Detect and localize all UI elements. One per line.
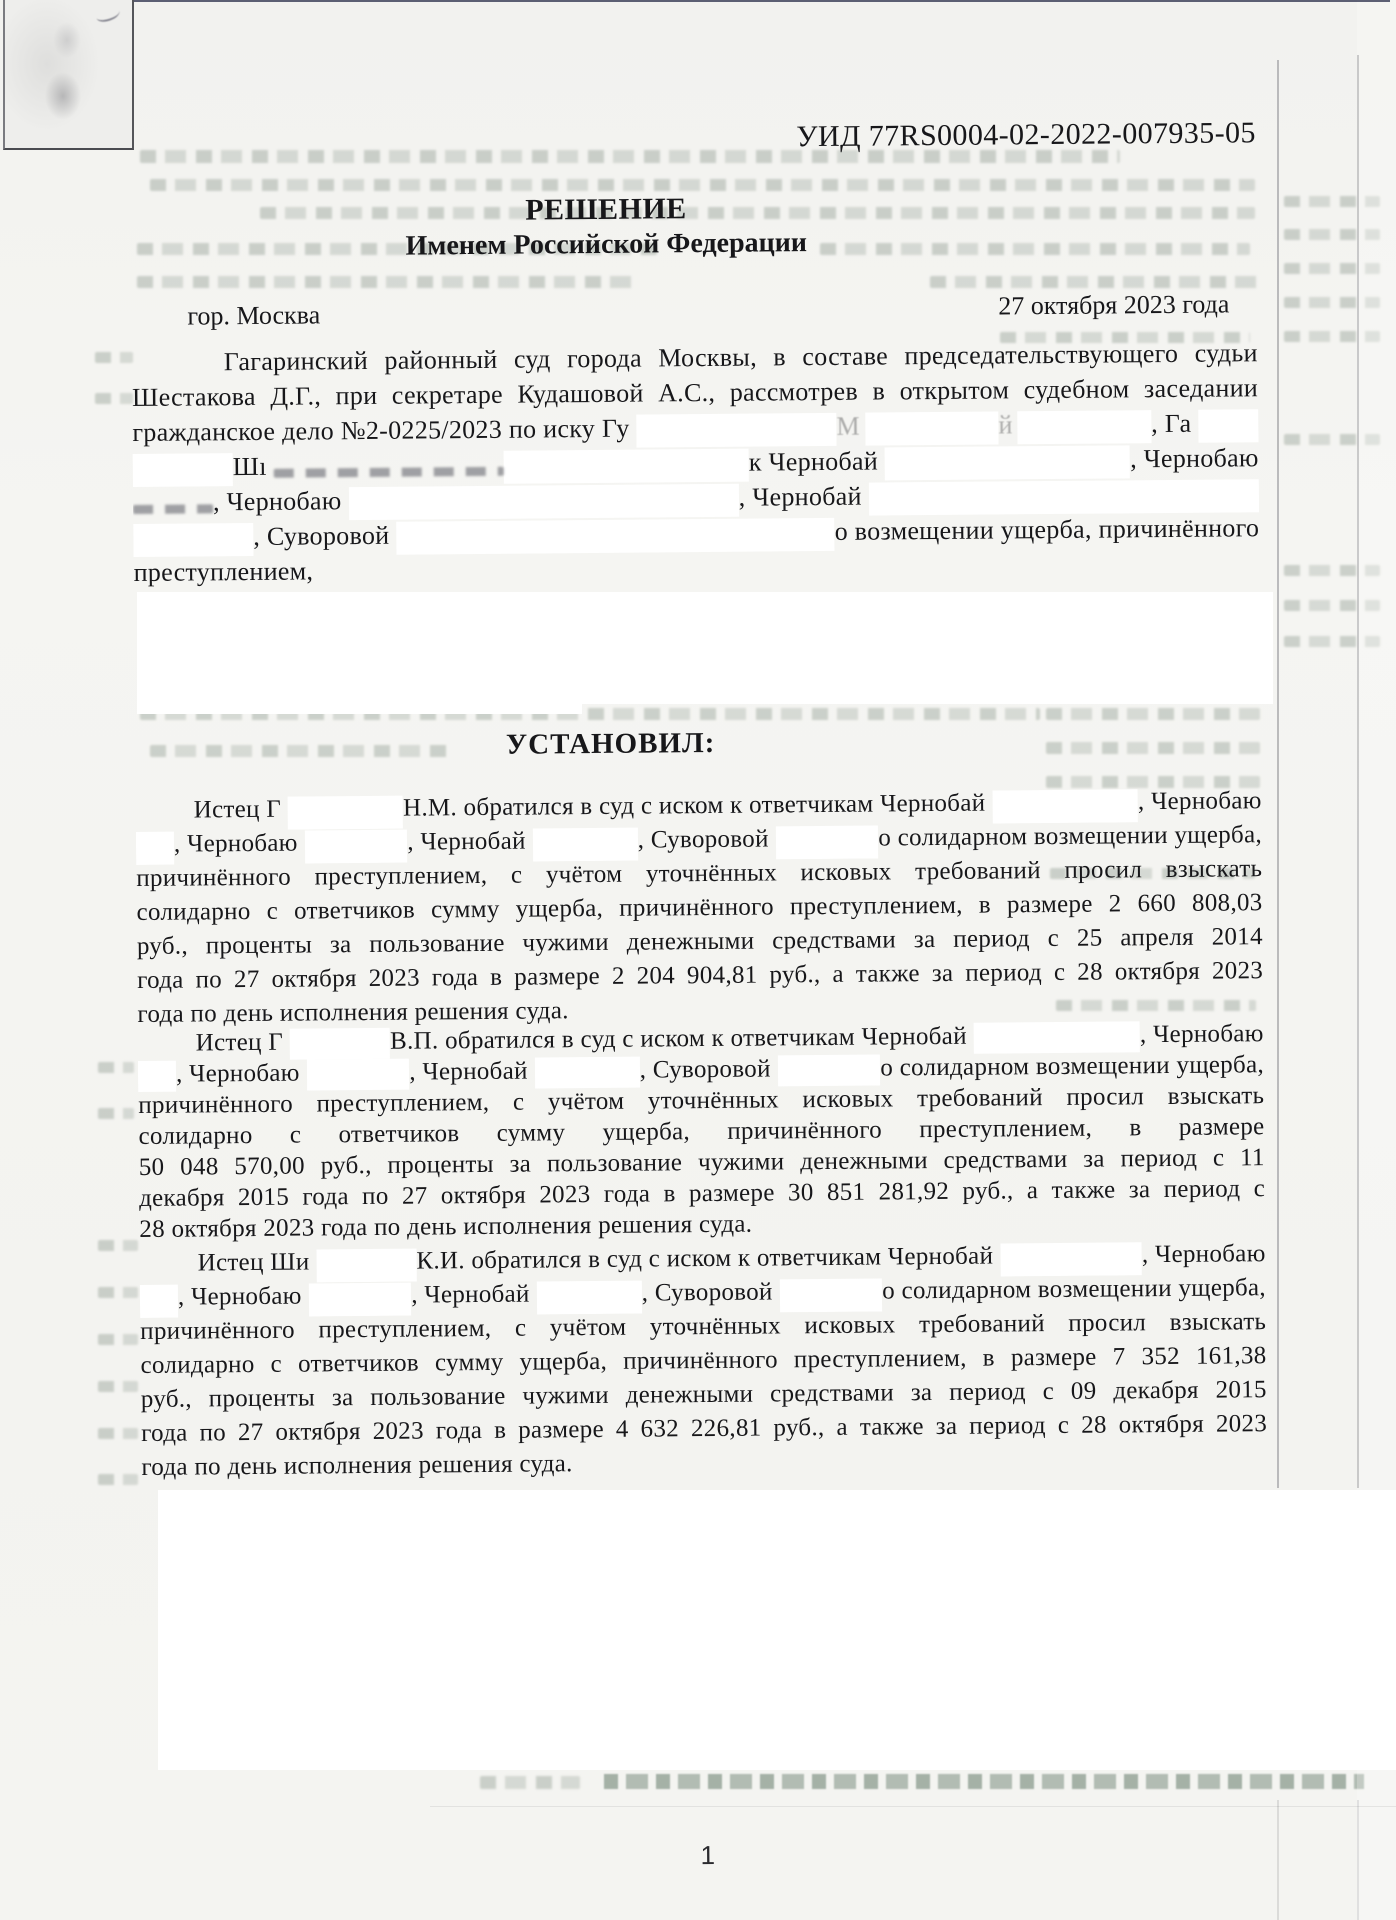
text-fragment: , Чернобаю [1142, 1240, 1266, 1269]
city-label: гор. Москва [187, 300, 320, 331]
text-fragment: Истец Ши [198, 1249, 310, 1278]
text-fragment: , Чернобай [409, 1058, 528, 1087]
redaction-box [307, 1058, 410, 1092]
redaction-box [1018, 410, 1152, 444]
text-fragment: , Чернобай [411, 1281, 530, 1310]
claim-paragraph-3: Истец ШиК.И. обратился в суд с иском к о… [140, 1240, 1268, 1488]
text-fragment: о солидарном возмещении ущерба, [878, 821, 1262, 852]
text-fragment: К.И. обратился в суд с иском к ответчика… [416, 1243, 993, 1276]
fold-line [1277, 1800, 1279, 1920]
fold-line [1357, 55, 1359, 1488]
smudge-mark [133, 504, 213, 514]
redaction-box [504, 449, 749, 484]
text-fragment: Н.М. обратился в суд с иском к ответчика… [403, 790, 986, 823]
redaction-box [992, 789, 1138, 823]
redaction-box [780, 1278, 883, 1312]
text-fragment: , Чернобаю [213, 486, 342, 517]
redaction-box [974, 1020, 1140, 1054]
text-fragment: гражданское дело №2-0225/2023 по иску Гу [132, 414, 629, 448]
redaction-box [138, 1060, 176, 1092]
text-fragment: В.П. обратился в суд с иском к ответчика… [390, 1023, 967, 1056]
smudge-mark [274, 467, 504, 478]
first-line-indent [138, 1050, 196, 1051]
first-line-indent [140, 1270, 198, 1271]
text-fragment: Шı [233, 452, 267, 482]
redaction-box [288, 795, 403, 829]
claim-paragraph-2: Истец ГВ.П. обратился в суд с иском к от… [138, 1020, 1266, 1247]
redaction-box [865, 411, 999, 445]
text-fragment: Истец Г [194, 796, 282, 825]
redaction-box [533, 827, 638, 861]
redaction-box [1198, 409, 1258, 443]
first-line-indent [132, 370, 224, 371]
text-fragment: , Чернобай [739, 482, 862, 513]
text-fragment: , Га [1151, 409, 1191, 439]
text-fragment: о солидарном возмещении ущерба, [880, 1051, 1264, 1082]
redaction-box [537, 1280, 642, 1314]
redaction-box [305, 829, 408, 863]
text-fragment: , Чернобаю [174, 830, 298, 859]
redaction-box [133, 523, 253, 557]
redaction-box [778, 1054, 881, 1088]
text-fragment: , Суворовой [253, 521, 389, 552]
redaction-box [535, 1056, 640, 1090]
ghost-text-fragment: й [998, 410, 1012, 440]
ghost-text-fragment: М [836, 412, 860, 442]
text-fragment: , Чернобай [407, 828, 526, 857]
decision-subtitle: Именем Российской Федерации [131, 225, 1082, 265]
decision-title: РЕШЕНИЕ [130, 189, 1081, 231]
text-fragment: к Чернобай [749, 447, 878, 478]
redaction-box [885, 445, 1130, 480]
text-fragment: , Чернобаю [1138, 787, 1262, 816]
redaction-box [348, 484, 738, 520]
redaction-box [309, 1282, 412, 1316]
scan-page: УИД 77RS0004-02-2022-007935-05 РЕШЕНИЕ И… [0, 0, 1396, 1920]
redaction-box [396, 518, 835, 555]
text-fragment: , Суворовой [640, 1055, 771, 1084]
uid-number: УИД 77RS0004-02-2022-007935-05 [683, 116, 1256, 155]
text-fragment: , Чернобаю [1140, 1020, 1264, 1049]
date-label: 27 октября 2023 года [964, 289, 1229, 321]
redaction-box [136, 831, 174, 864]
text-fragment: Истец Г [196, 1029, 284, 1058]
text-fragment: о солидарном возмещении ущерба, [882, 1274, 1266, 1305]
ustanovil-heading: УСТАНОВИЛ: [135, 724, 1086, 765]
redaction-box [869, 479, 1259, 515]
text-fragment: о возмещении ущерба, причинённого [835, 513, 1260, 547]
text-fragment: , Суворовой [642, 1278, 773, 1307]
page-number: 1 [145, 1835, 1271, 1876]
text-fragment: , Суворовой [638, 825, 769, 854]
redaction-box [133, 453, 233, 487]
intro-paragraph: Гагаринский районный суд города Москвы, … [132, 338, 1260, 593]
top-edge-line [25, 0, 1390, 2]
redaction-box [636, 413, 836, 448]
redaction-box [140, 1284, 178, 1317]
redaction-box [1000, 1242, 1142, 1276]
fold-line [1277, 60, 1279, 1488]
redaction-box [316, 1248, 416, 1282]
first-line-indent [136, 817, 194, 818]
text-fragment: , Чернобаю [178, 1283, 302, 1312]
redaction-box [290, 1027, 390, 1061]
claim-paragraph-1: Истец ГН.М. обратился в суд с иском к от… [136, 787, 1264, 1035]
scan-edge-line [430, 1806, 1396, 1807]
fold-line [1357, 1800, 1359, 1920]
text-fragment: , Чернобаю [176, 1060, 300, 1089]
redaction-box [776, 825, 879, 859]
corner-fold-box [3, 0, 134, 150]
text-fragment: , Чернобаю [1130, 443, 1259, 474]
document-text-layer: УИД 77RS0004-02-2022-007935-05 РЕШЕНИЕ И… [0, 0, 1396, 1920]
